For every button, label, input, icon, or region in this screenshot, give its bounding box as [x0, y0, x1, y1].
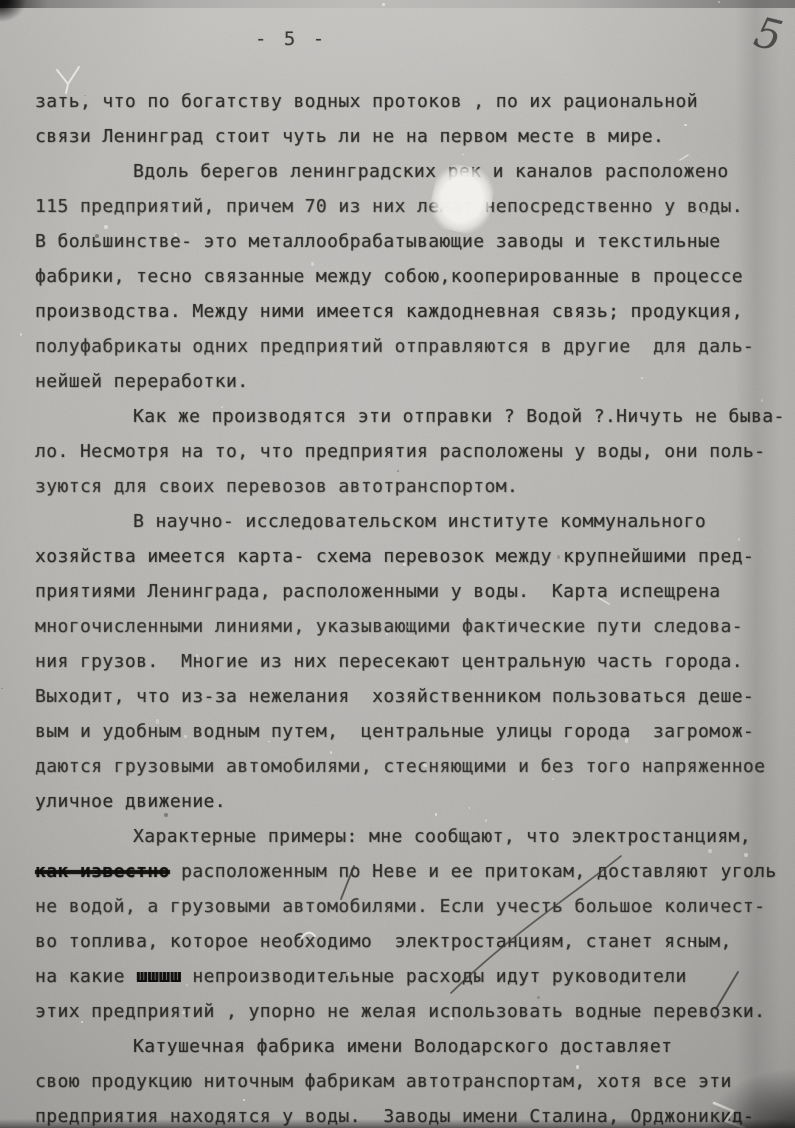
dust-speck — [182, 1011, 185, 1014]
dust-speck — [180, 901, 182, 903]
dust-speck — [156, 719, 160, 724]
scanned-document-page: - 5 - зать, что по богатству водных прот… — [0, 0, 795, 1128]
dust-speck — [537, 996, 541, 999]
dust-speck — [630, 137, 632, 140]
dust-speck — [462, 154, 463, 155]
dust-speck — [721, 867, 722, 868]
dust-speck — [311, 262, 314, 266]
dust-speck — [164, 813, 168, 816]
dust-speck — [386, 633, 388, 635]
dust-speck — [397, 470, 399, 472]
dust-speck — [268, 741, 269, 742]
dust-speck — [504, 620, 505, 621]
dust-speck — [761, 399, 763, 402]
dust-speck — [641, 377, 643, 379]
dust-speck — [174, 233, 177, 236]
dust-speck — [221, 406, 222, 407]
scan-vignette — [0, 0, 795, 1128]
dust-speck — [552, 778, 554, 780]
dust-speck — [469, 807, 470, 808]
dust-speck — [259, 170, 261, 172]
dust-speck — [625, 738, 629, 743]
dust-speck — [84, 95, 85, 96]
dust-speck — [61, 1111, 63, 1113]
dust-speck — [346, 972, 349, 975]
dust-speck — [104, 225, 108, 228]
dust-speck — [196, 654, 198, 656]
dust-speck — [403, 563, 406, 566]
dust-speck — [708, 849, 712, 854]
dust-speck — [690, 942, 693, 945]
dust-speck — [81, 1021, 83, 1023]
dust-speck — [435, 813, 437, 815]
dust-speck — [718, 1, 719, 2]
dust-speck — [738, 538, 741, 541]
dust-speck — [423, 763, 426, 767]
